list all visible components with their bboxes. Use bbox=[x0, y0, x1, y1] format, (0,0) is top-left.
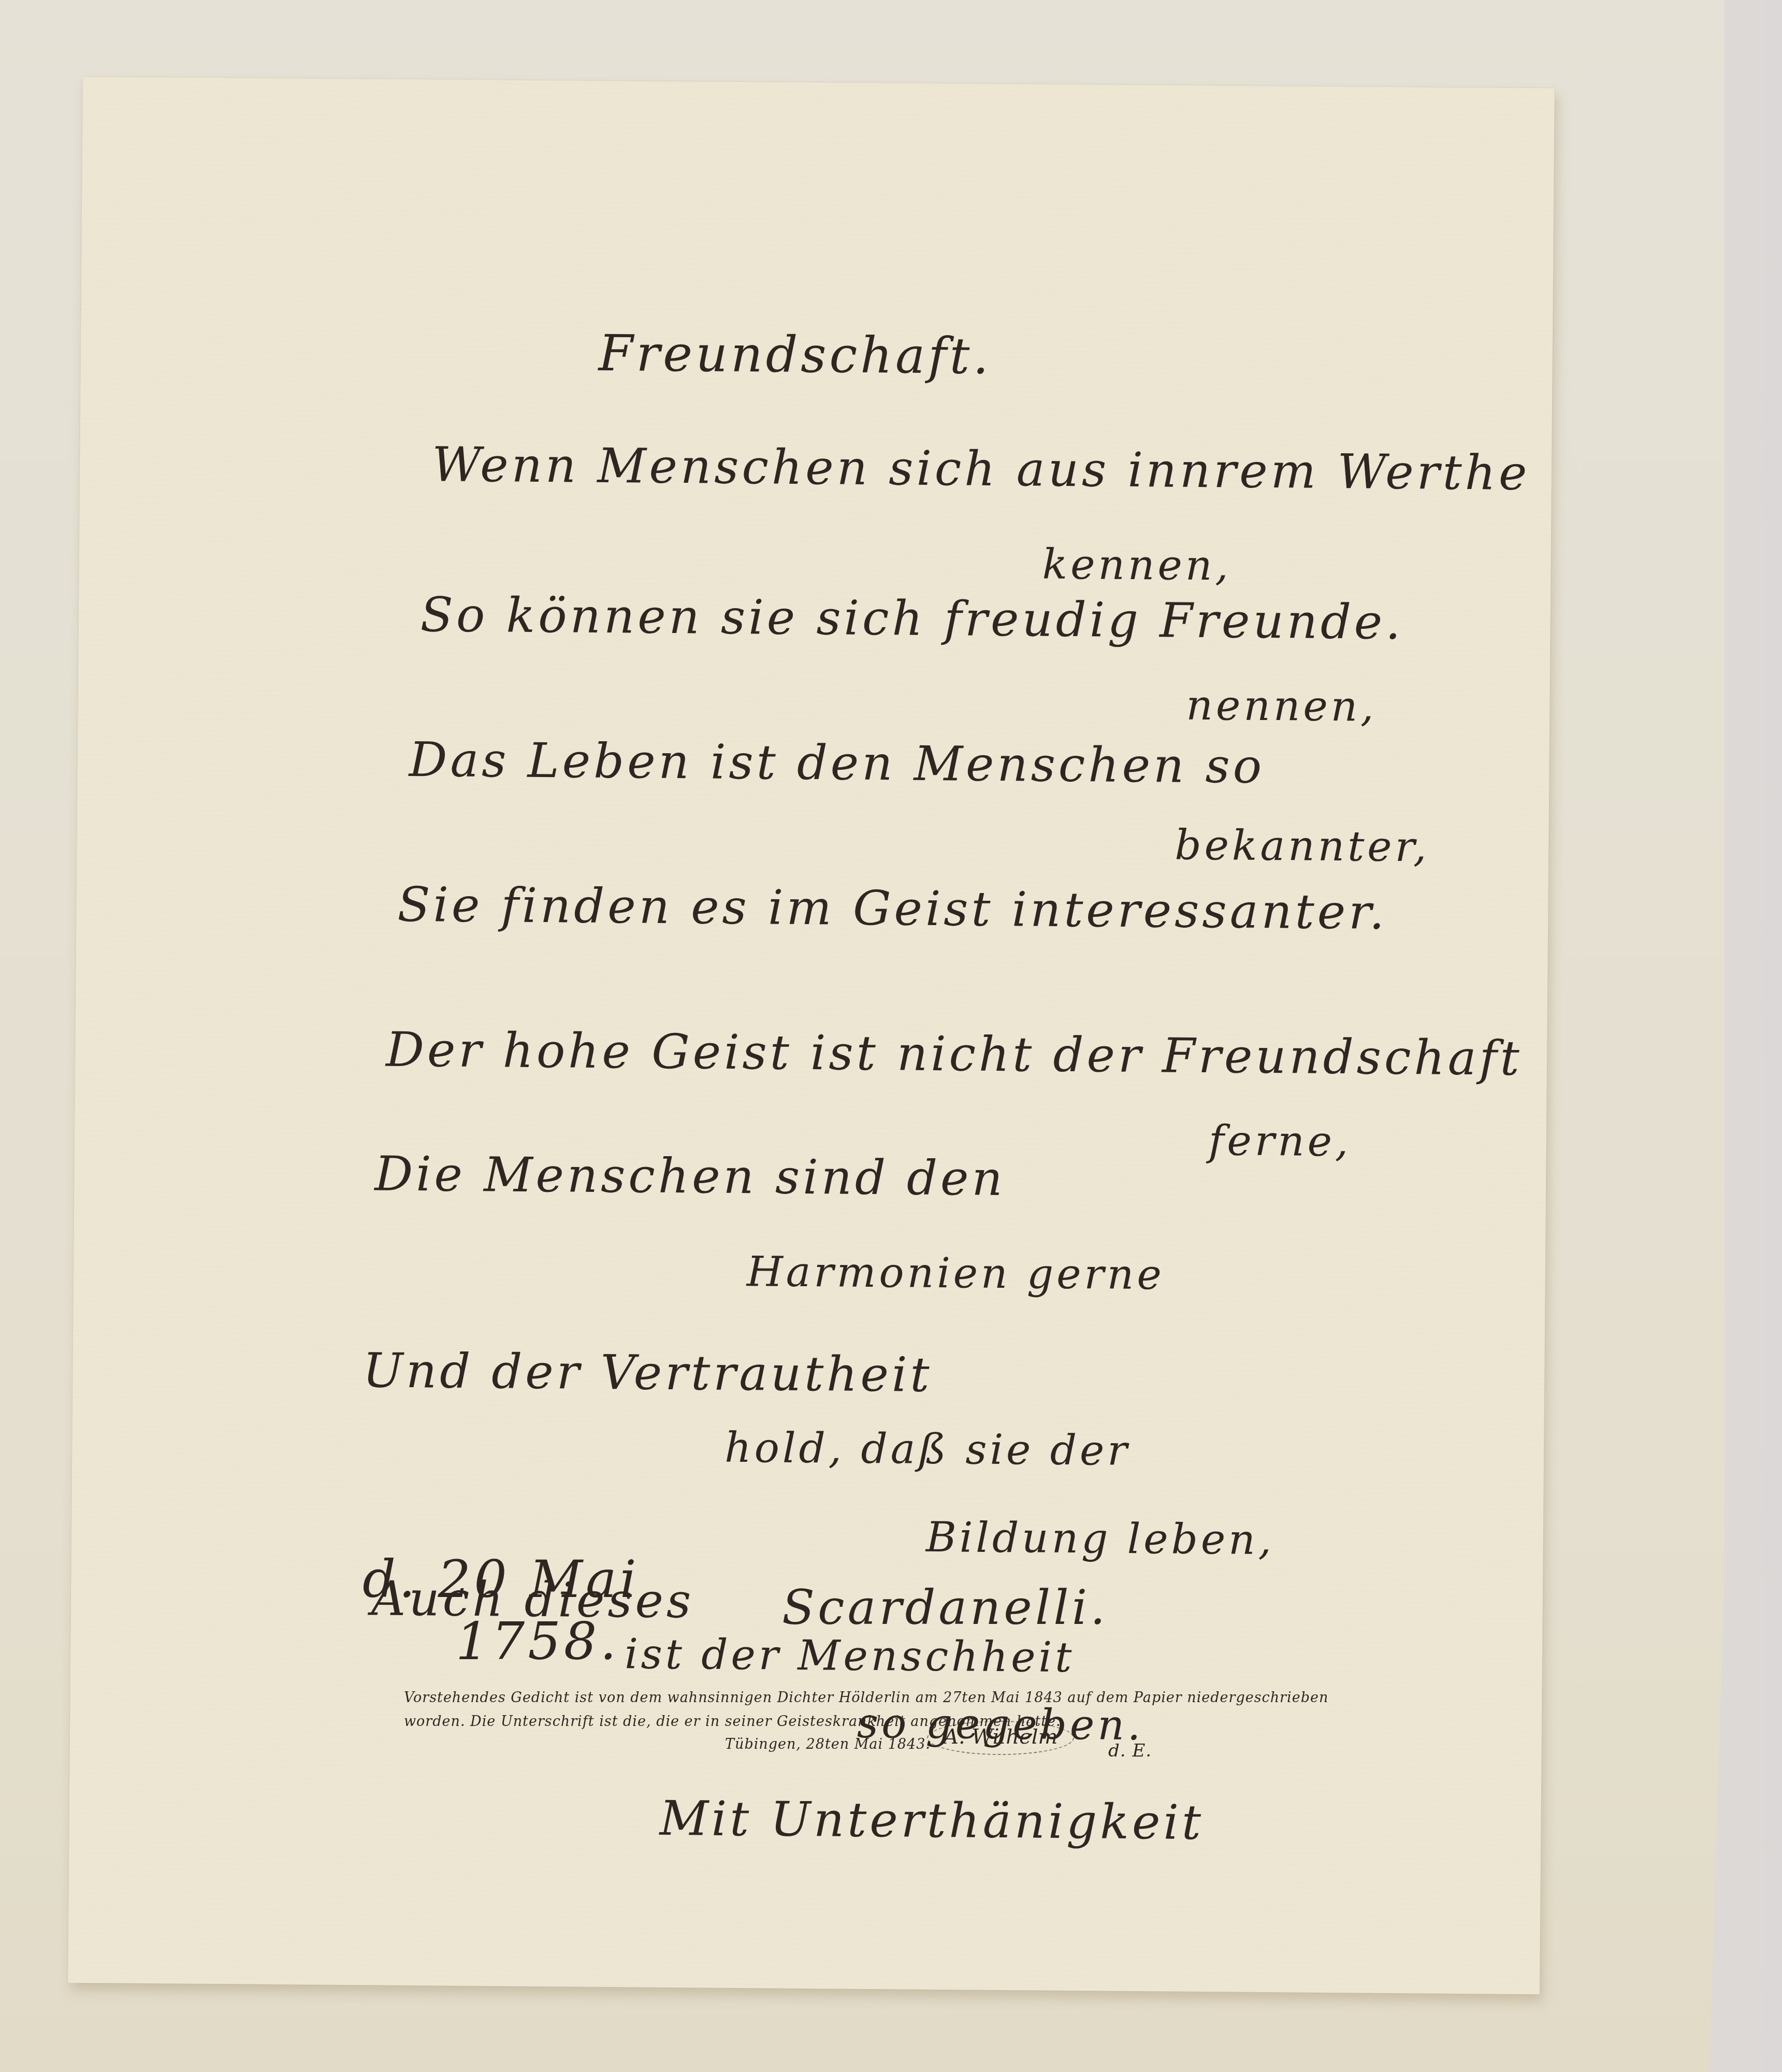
stanza1-line3: Das Leben ist den Menschen so bbox=[409, 732, 1265, 794]
footnote-signature-name: A. Wilhelm bbox=[944, 1725, 1057, 1749]
stanza1-line3-end: bekannter, bbox=[1175, 821, 1430, 871]
stanza2-line1-end: ferne, bbox=[1209, 1116, 1352, 1165]
stanza2-line3: Und der Vertrautheit bbox=[363, 1343, 933, 1403]
footnote-line1-text: Vorstehendes Gedicht ist von dem wahnsin… bbox=[404, 1690, 1328, 1706]
stanza2-line4-cont: ist der Menschheit bbox=[625, 1630, 1075, 1681]
closing-phrase: Mit Unterthänigkeit bbox=[659, 1791, 1204, 1850]
stanza2-line3-end: Bildung leben, bbox=[926, 1513, 1275, 1564]
stanza1-line2: So können sie sich freudig Freunde. bbox=[420, 587, 1404, 650]
pseudonym-signature: Scardanelli. bbox=[782, 1580, 1108, 1635]
footnote-signature: A. Wilhelm bbox=[927, 1721, 1074, 1755]
stanza1-line1: Wenn Menschen sich aus innrem Werthe bbox=[432, 437, 1530, 501]
footnote-line1: Vorstehendes Gedicht ist von dem wahnsin… bbox=[404, 1690, 1328, 1706]
poem-title: Freundschaft. bbox=[598, 324, 992, 385]
stanza2-line2: Die Menschen sind den bbox=[374, 1146, 1006, 1206]
stanza1-line4: Sie finden es im Geist interessanter. bbox=[397, 877, 1388, 940]
date-day-month: d. 20 Mai bbox=[363, 1549, 640, 1609]
footnote-signature-suffix: d. E. bbox=[1108, 1740, 1152, 1761]
stanza2-line2-end: Harmonien gerne bbox=[747, 1247, 1165, 1299]
stanza1-line2-end: nennen, bbox=[1186, 681, 1377, 731]
stanza2-line3-cont: hold, daß sie der bbox=[725, 1423, 1131, 1475]
stanza2-line1: Der hohe Geist ist nicht der Freundschaf… bbox=[386, 1022, 1523, 1086]
manuscript-page: Freundschaft. Wenn Menschen sich aus inn… bbox=[68, 77, 1555, 1994]
stanza1-line1-end: kennen, bbox=[1042, 540, 1232, 590]
date-year: 1758. bbox=[456, 1611, 619, 1672]
footnote-place-date: Tübingen, 28ten Mai 1843. bbox=[725, 1736, 931, 1752]
